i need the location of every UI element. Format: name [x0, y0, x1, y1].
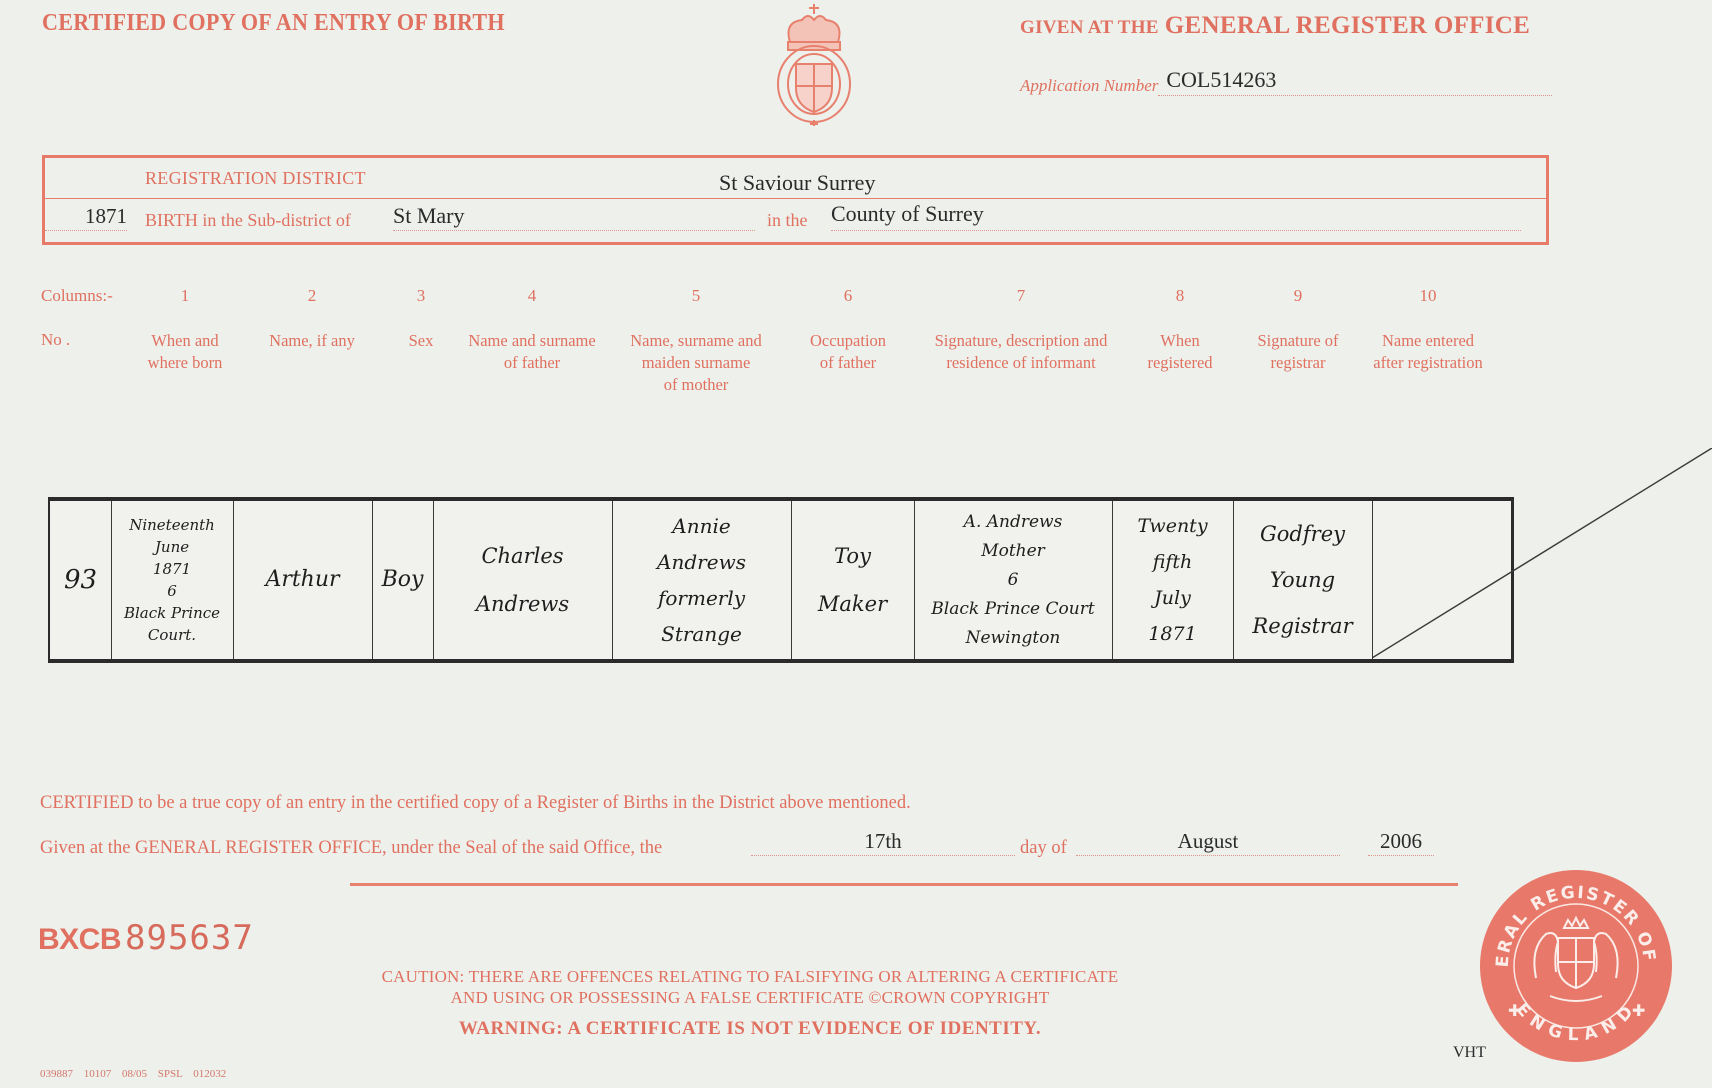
- entry-when-where-born: Nineteenth June 1871 6 Black Prince Cour…: [111, 507, 233, 653]
- registration-district-value: St Saviour Surrey: [719, 170, 875, 196]
- column-number-4: 4: [502, 286, 562, 306]
- column-heading-4: Name and surnameof father: [468, 330, 595, 374]
- county-value: County of Surrey: [831, 202, 1521, 231]
- column-heading-9: Signature ofregistrar: [1257, 330, 1338, 374]
- register-entry: 93 Nineteenth June 1871 6 Black Prince C…: [48, 497, 1514, 663]
- entry-informant: A. Andrews Mother 6 Black Prince Court N…: [914, 507, 1112, 653]
- entry-registrar-signature: Godfrey Young Registrar: [1233, 507, 1372, 653]
- serial-number: 895637: [125, 918, 254, 958]
- royal-coat-of-arms-icon: [752, 2, 877, 128]
- given-at-heading: GIVEN AT THEGENERAL REGISTER OFFICE: [1020, 12, 1530, 40]
- entry-sex: Boy: [372, 507, 433, 653]
- column-number-9: 9: [1268, 286, 1328, 306]
- certificate-month: August: [1076, 830, 1340, 856]
- column-heading-1: When andwhere born: [148, 330, 223, 374]
- column-heading-2: Name, if any: [269, 330, 355, 352]
- form-codes: 039887 10107 08/05 SPSL 012032: [40, 1068, 226, 1080]
- entry-name: Arthur: [233, 507, 372, 653]
- column-number-3: 3: [391, 286, 451, 306]
- serial-prefix: BXCB: [38, 923, 121, 956]
- entry-mother: Annie Andrews formerly Strange: [612, 507, 791, 653]
- column-number-10: 10: [1398, 286, 1458, 306]
- entry-occupation: Toy Maker: [791, 507, 914, 653]
- svg-text:✚: ✚: [1508, 1001, 1521, 1020]
- subdistrict-value: St Mary: [393, 204, 755, 231]
- entry-when-registered: Twenty fifth July 1871: [1112, 507, 1233, 653]
- column-heading-5: Name, surname andmaiden surnameof mother: [630, 330, 762, 396]
- signature-rule: [350, 883, 1458, 886]
- application-number-row: Application Number COL514263: [1020, 68, 1552, 96]
- column-heading-7: Signature, description andresidence of i…: [935, 330, 1108, 374]
- cancel-diagonal-line: [1372, 448, 1712, 660]
- given-at-small: GIVEN AT THE: [1020, 17, 1159, 38]
- column-heading-8: Whenregistered: [1147, 330, 1212, 374]
- subdistrict-label: BIRTH in the Sub-district of: [145, 210, 351, 231]
- certificate-serial: BXCB895637: [38, 918, 254, 958]
- column-heading-10: Name enteredafter registration: [1373, 330, 1483, 374]
- column-number-7: 7: [991, 286, 1051, 306]
- column-number-8: 8: [1150, 286, 1210, 306]
- entry-father: Charles Andrews: [433, 507, 612, 653]
- in-the-label: in the: [767, 210, 808, 231]
- column-heading-3: Sex: [409, 330, 434, 352]
- identity-warning: WARNING: A CERTIFICATE IS NOT EVIDENCE O…: [320, 1018, 1180, 1040]
- certificate-day: 17th: [751, 830, 1015, 856]
- column-number-6: 6: [818, 286, 878, 306]
- certificate-title: CERTIFIED COPY OF AN ENTRY OF BIRTH: [42, 10, 505, 37]
- application-number-label: Application Number: [1020, 76, 1158, 96]
- registration-divider: [45, 198, 1546, 199]
- day-of-label: day of: [1020, 838, 1067, 859]
- general-register-office-seal-icon: GENERAL REGISTER OFFICE ENGLAND ✚ ✚: [1478, 868, 1674, 1064]
- entry-number: 93: [50, 507, 111, 653]
- certified-statement: CERTIFIED to be a true copy of an entry …: [40, 793, 911, 814]
- registration-year: 1871: [45, 204, 127, 231]
- given-at-statement: Given at the GENERAL REGISTER OFFICE, un…: [40, 838, 662, 859]
- registration-box: REGISTRATION DISTRICT St Saviour Surrey …: [42, 155, 1549, 245]
- column-number-5: 5: [666, 286, 726, 306]
- application-number-value: COL514263: [1158, 67, 1552, 96]
- certificate-year: 2006: [1368, 830, 1434, 856]
- columns-label: Columns:-: [41, 286, 113, 306]
- column-heading-6: Occupationof father: [810, 330, 886, 374]
- svg-text:✚: ✚: [1632, 1001, 1645, 1020]
- column-number-1: 1: [155, 286, 215, 306]
- column-number-2: 2: [282, 286, 342, 306]
- no-column-label: No .: [41, 330, 70, 350]
- caution-notice: CAUTION: THERE ARE OFFENCES RELATING TO …: [320, 966, 1180, 1008]
- registration-district-label: REGISTRATION DISTRICT: [145, 168, 366, 189]
- given-at-office: GENERAL REGISTER OFFICE: [1165, 12, 1530, 39]
